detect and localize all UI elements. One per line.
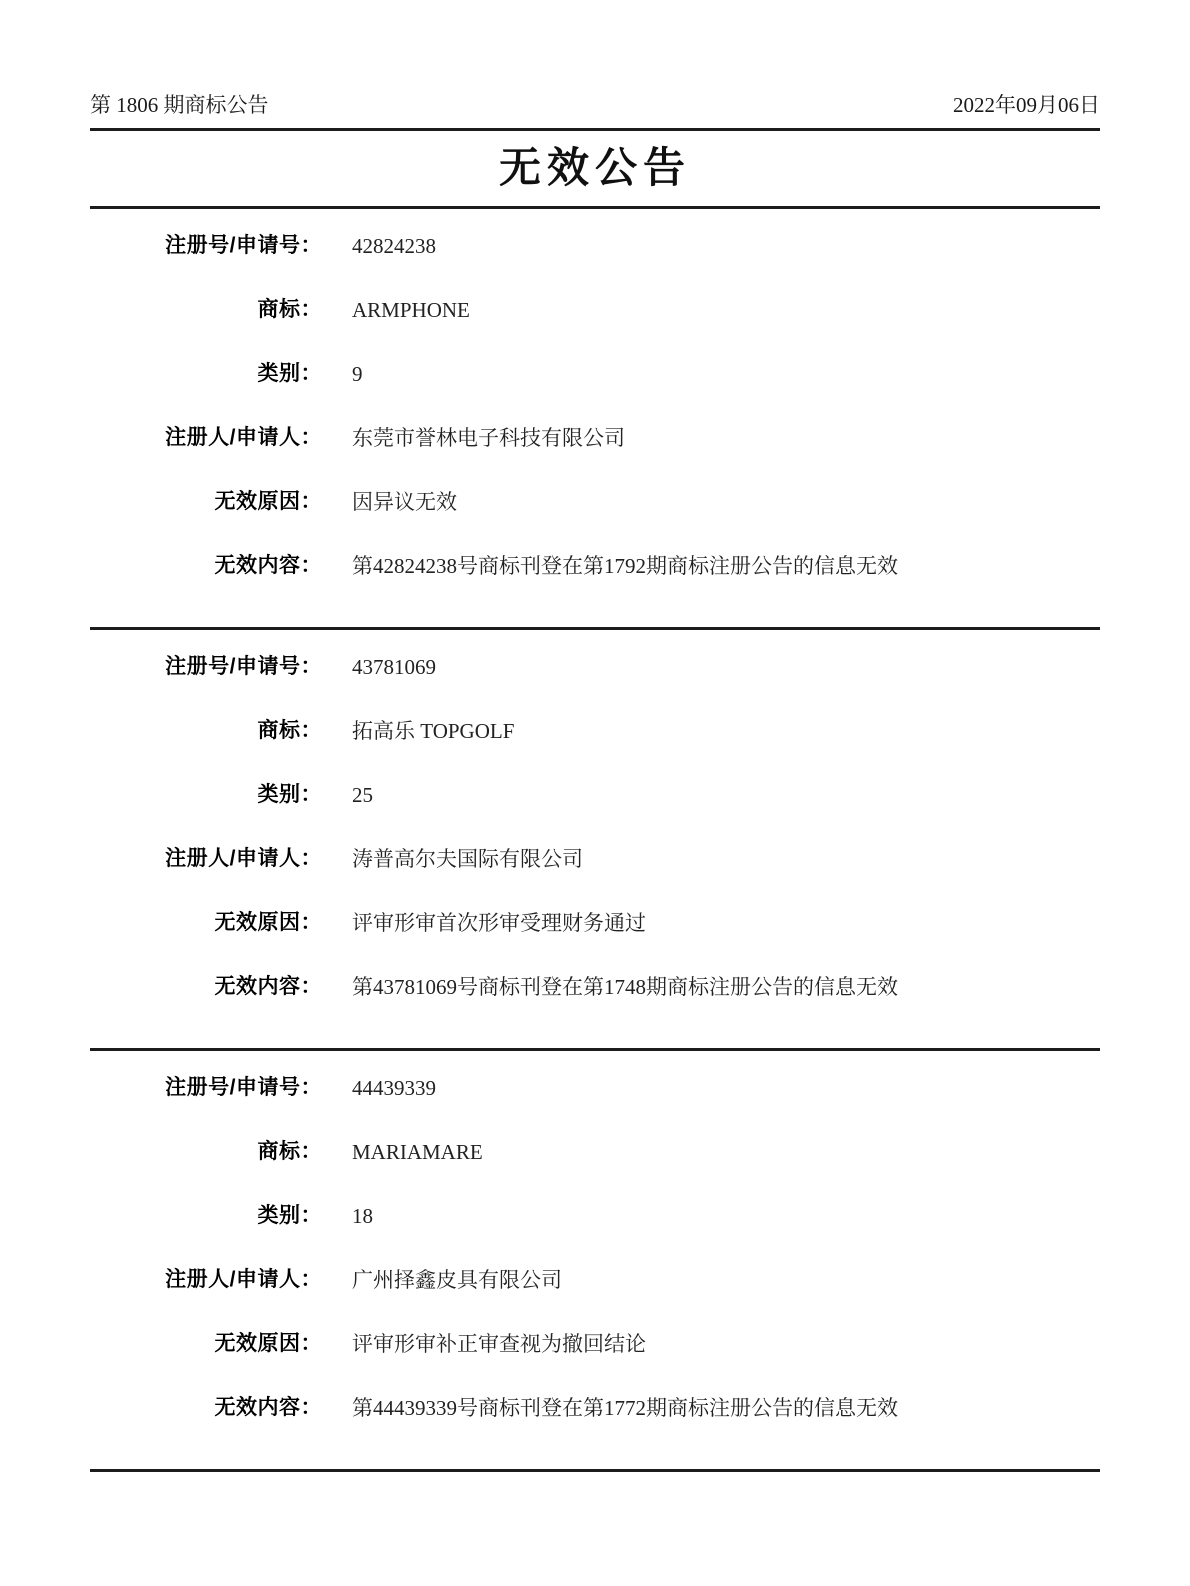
invalid-reason-value: 评审形审首次形审受理财务通过 bbox=[352, 910, 646, 936]
header-rule bbox=[90, 128, 1100, 131]
invalid-reason-label: 无效原因： bbox=[90, 910, 322, 936]
field-row-reg-no: 注册号/申请号： 44439339 bbox=[90, 1075, 1100, 1101]
field-row-trademark: 商标： ARMPHONE bbox=[90, 297, 1100, 323]
registrant-label: 注册人/申请人： bbox=[90, 1267, 322, 1293]
trademark-value: ARMPHONE bbox=[352, 297, 470, 323]
trademark-record: 注册号/申请号： 43781069 商标： 拓高乐 TOPGOLF 类别： 25… bbox=[90, 630, 1100, 1051]
registrant-value: 广州择鑫皮具有限公司 bbox=[352, 1267, 562, 1293]
trademark-value: MARIAMARE bbox=[352, 1139, 483, 1165]
field-row-registrant: 注册人/申请人： 涛普高尔夫国际有限公司 bbox=[90, 846, 1100, 872]
reg-no-label: 注册号/申请号： bbox=[90, 233, 322, 259]
registrant-label: 注册人/申请人： bbox=[90, 846, 322, 872]
category-label: 类别： bbox=[90, 1203, 322, 1229]
invalid-content-label: 无效内容： bbox=[90, 974, 322, 1000]
field-row-category: 类别： 18 bbox=[90, 1203, 1100, 1229]
reg-no-label: 注册号/申请号： bbox=[90, 1075, 322, 1101]
field-row-invalid-content: 无效内容： 第43781069号商标刊登在第1748期商标注册公告的信息无效 bbox=[90, 974, 1100, 1000]
field-row-category: 类别： 25 bbox=[90, 782, 1100, 808]
field-row-invalid-reason: 无效原因： 因异议无效 bbox=[90, 489, 1100, 515]
invalid-content-value: 第44439339号商标刊登在第1772期商标注册公告的信息无效 bbox=[352, 1395, 898, 1421]
invalid-content-label: 无效内容： bbox=[90, 1395, 322, 1421]
field-row-reg-no: 注册号/申请号： 42824238 bbox=[90, 233, 1100, 259]
trademark-label: 商标： bbox=[90, 1139, 322, 1165]
page-content: 第 1806 期商标公告 2022年09月06日 无效公告 注册号/申请号： 4… bbox=[0, 0, 1190, 1472]
trademark-record: 注册号/申请号： 44439339 商标： MARIAMARE 类别： 18 注… bbox=[90, 1051, 1100, 1472]
field-row-invalid-content: 无效内容： 第44439339号商标刊登在第1772期商标注册公告的信息无效 bbox=[90, 1395, 1100, 1421]
field-row-trademark: 商标： 拓高乐 TOPGOLF bbox=[90, 718, 1100, 744]
trademark-value: 拓高乐 TOPGOLF bbox=[352, 718, 514, 744]
page-title: 无效公告 bbox=[90, 143, 1100, 195]
trademark-record: 注册号/申请号： 42824238 商标： ARMPHONE 类别： 9 注册人… bbox=[90, 209, 1100, 630]
category-value: 9 bbox=[352, 361, 363, 387]
registrant-label: 注册人/申请人： bbox=[90, 425, 322, 451]
field-row-registrant: 注册人/申请人： 东莞市誉林电子科技有限公司 bbox=[90, 425, 1100, 451]
field-row-registrant: 注册人/申请人： 广州择鑫皮具有限公司 bbox=[90, 1267, 1100, 1293]
field-row-reg-no: 注册号/申请号： 43781069 bbox=[90, 654, 1100, 680]
document-header: 第 1806 期商标公告 2022年09月06日 bbox=[90, 0, 1100, 119]
category-value: 25 bbox=[352, 782, 373, 808]
gazette-page: 第 1806 期商标公告 2022年09月06日 无效公告 注册号/申请号： 4… bbox=[0, 0, 1190, 1586]
invalid-content-value: 第42824238号商标刊登在第1792期商标注册公告的信息无效 bbox=[352, 553, 898, 579]
reg-no-label: 注册号/申请号： bbox=[90, 654, 322, 680]
category-label: 类别： bbox=[90, 361, 322, 387]
registrant-value: 东莞市誉林电子科技有限公司 bbox=[352, 425, 625, 451]
category-value: 18 bbox=[352, 1203, 373, 1229]
field-row-invalid-reason: 无效原因： 评审形审补正审查视为撤回结论 bbox=[90, 1331, 1100, 1357]
reg-no-value: 43781069 bbox=[352, 654, 436, 680]
trademark-label: 商标： bbox=[90, 718, 322, 744]
invalid-reason-label: 无效原因： bbox=[90, 489, 322, 515]
field-row-trademark: 商标： MARIAMARE bbox=[90, 1139, 1100, 1165]
reg-no-value: 42824238 bbox=[352, 233, 436, 259]
invalid-reason-value: 评审形审补正审查视为撤回结论 bbox=[352, 1331, 646, 1357]
field-row-invalid-content: 无效内容： 第42824238号商标刊登在第1792期商标注册公告的信息无效 bbox=[90, 553, 1100, 579]
invalid-reason-label: 无效原因： bbox=[90, 1331, 322, 1357]
reg-no-value: 44439339 bbox=[352, 1075, 436, 1101]
field-row-category: 类别： 9 bbox=[90, 361, 1100, 387]
invalid-content-value: 第43781069号商标刊登在第1748期商标注册公告的信息无效 bbox=[352, 974, 898, 1000]
invalid-reason-value: 因异议无效 bbox=[352, 489, 457, 515]
invalid-content-label: 无效内容： bbox=[90, 553, 322, 579]
gazette-date: 2022年09月06日 bbox=[953, 92, 1100, 119]
category-label: 类别： bbox=[90, 782, 322, 808]
trademark-label: 商标： bbox=[90, 297, 322, 323]
field-row-invalid-reason: 无效原因： 评审形审首次形审受理财务通过 bbox=[90, 910, 1100, 936]
registrant-value: 涛普高尔夫国际有限公司 bbox=[352, 846, 583, 872]
gazette-issue-title: 第 1806 期商标公告 bbox=[90, 92, 269, 119]
